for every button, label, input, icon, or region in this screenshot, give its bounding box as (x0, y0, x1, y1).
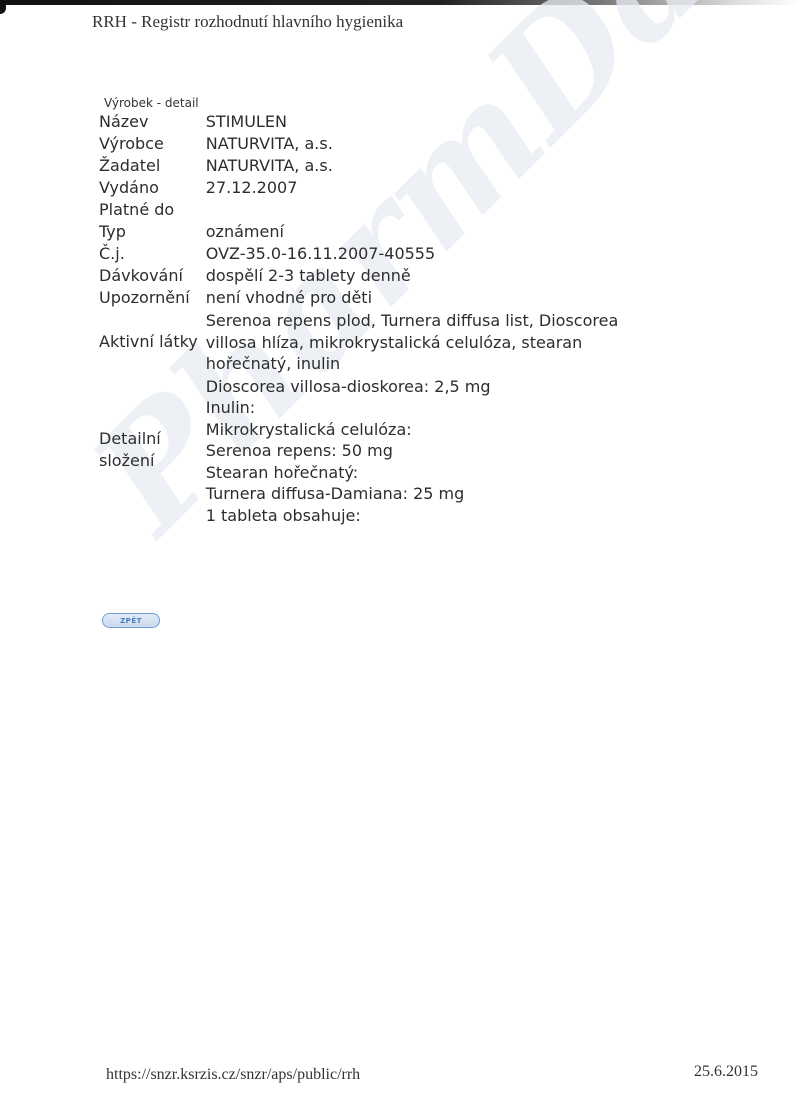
field-row-aktivni-latky: Aktivní látky Serenoa repens plod, Turne… (96, 309, 621, 375)
composition-line: Turnera diffusa-Damiana: 25 mg (206, 483, 619, 505)
back-button[interactable]: ZPĚT (102, 613, 160, 628)
active-substances-line: villosa hlíza, mikrokrystalická celulóza… (206, 332, 619, 354)
field-value: STIMULEN (204, 111, 622, 133)
field-row-upozorneni: Upozornění není vhodné pro děti (96, 287, 621, 309)
scan-corner (0, 0, 6, 14)
composition-line: Stearan hořečnatý: (206, 462, 619, 484)
active-substances-line: Serenoa repens plod, Turnera diffusa lis… (206, 310, 619, 332)
field-row-nazev: Název STIMULEN (96, 111, 621, 133)
field-row-detailni-slozeni: Detailní složení Dioscorea villosa-diosk… (96, 375, 621, 527)
field-value: oznámení (204, 221, 622, 243)
field-row-cj: Č.j. OVZ-35.0-16.11.2007-40555 (96, 243, 621, 265)
product-detail-table: Název STIMULEN Výrobce NATURVITA, a.s. Ž… (96, 111, 621, 526)
page-url: https://snzr.ksrzis.cz/snzr/aps/public/r… (106, 1066, 360, 1083)
field-value: NATURVITA, a.s. (204, 155, 622, 177)
field-row-platne-do: Platné do (96, 199, 621, 221)
page-title: RRH - Registr rozhodnutí hlavního hygien… (92, 12, 403, 31)
field-value: není vhodné pro děti (204, 287, 622, 309)
field-value: Dioscorea villosa-dioskorea: 2,5 mg Inul… (204, 375, 622, 527)
field-value: Serenoa repens plod, Turnera diffusa lis… (204, 309, 622, 375)
field-value: 27.12.2007 (204, 177, 622, 199)
field-label: Platné do (96, 199, 204, 221)
field-row-zadatel: Žadatel NATURVITA, a.s. (96, 155, 621, 177)
print-date: 25.6.2015 (694, 1063, 758, 1081)
field-row-typ: Typ oznámení (96, 221, 621, 243)
field-label: Dávkování (96, 265, 204, 287)
composition-line: Dioscorea villosa-dioskorea: 2,5 mg (206, 376, 619, 398)
field-label: Vydáno (96, 177, 204, 199)
composition-line: Inulin: (206, 397, 619, 419)
section-title: Výrobek - detail (104, 96, 800, 110)
field-row-vyrobce: Výrobce NATURVITA, a.s. (96, 133, 621, 155)
field-value (204, 199, 622, 221)
field-value: OVZ-35.0-16.11.2007-40555 (204, 243, 622, 265)
composition-line: Mikrokrystalická celulóza: (206, 419, 619, 441)
field-label: Žadatel (96, 155, 204, 177)
field-label: Typ (96, 221, 204, 243)
field-label: Název (96, 111, 204, 133)
print-footer: https://snzr.ksrzis.cz/snzr/aps/public/r… (106, 1066, 758, 1084)
scan-edge (0, 0, 800, 5)
composition-line: 1 tableta obsahuje: (206, 505, 619, 527)
field-label: Detailní složení (96, 375, 204, 527)
field-label: Aktivní látky (96, 309, 204, 375)
field-label: Č.j. (96, 243, 204, 265)
field-value: NATURVITA, a.s. (204, 133, 622, 155)
field-row-davkovani: Dávkování dospělí 2-3 tablety denně (96, 265, 621, 287)
composition-line: Serenoa repens: 50 mg (206, 440, 619, 462)
field-label: Výrobce (96, 133, 204, 155)
field-row-vydano: Vydáno 27.12.2007 (96, 177, 621, 199)
field-label: Upozornění (96, 287, 204, 309)
print-header: RRH - Registr rozhodnutí hlavního hygien… (92, 12, 800, 32)
field-value: dospělí 2-3 tablety denně (204, 265, 622, 287)
active-substances-line: hořečnatý, inulin (206, 353, 619, 375)
